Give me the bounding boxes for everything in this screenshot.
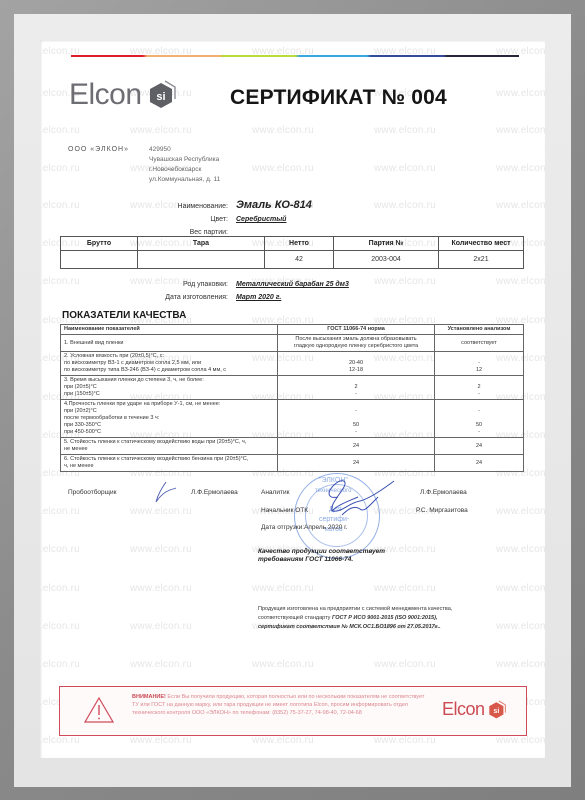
watermark-text: www.elcon.ru: [252, 735, 314, 746]
analyst-signature-icon: [298, 475, 398, 535]
table-row: 6. Стойкость пленки к статическому возде…: [61, 455, 524, 472]
product-name-row: Наименование: Эмаль КО-814: [170, 199, 312, 211]
watermark-text: www.elcon.ru: [40, 735, 80, 746]
packaging-type-value: Металлический барабан 25 дм3: [236, 281, 349, 288]
net-value: 42: [265, 251, 334, 269]
cell-result: 2-: [435, 376, 524, 400]
product-color-row: Цвет: Серебристый: [170, 216, 286, 223]
manufacture-date-row: Дата изготовления: Март 2020 г.: [160, 294, 281, 301]
address-line: 429950: [149, 145, 220, 155]
table-row: 4.Прочность пленки при ударе на приборе …: [61, 400, 524, 438]
watermark-text: www.elcon.ru: [40, 659, 80, 670]
watermark-text: www.elcon.ru: [496, 163, 545, 174]
product-name-value: Эмаль КО-814: [236, 199, 312, 211]
watermark-text: www.elcon.ru: [252, 583, 314, 594]
package-table-header: Брутто Тара Нетто Партия № Количество ме…: [61, 237, 524, 251]
elcon-logo: Elcon si: [69, 78, 176, 112]
watermark-text: www.elcon.ru: [40, 276, 80, 287]
watermark-text: www.elcon.ru: [496, 659, 545, 670]
certificate-title: СЕРТИФИКАТ № 004: [230, 86, 447, 110]
sampler-name: Л.Ф.Ермолаева: [191, 489, 238, 496]
watermark-text: www.elcon.ru: [40, 621, 80, 632]
watermark-text: www.elcon.ru: [40, 583, 80, 594]
watermark-text: www.elcon.ru: [496, 583, 545, 594]
cell-result: -12: [435, 352, 524, 376]
logo-text: Elcon: [69, 78, 142, 112]
gross-value: [61, 251, 138, 269]
warning-triangle-icon: [84, 697, 114, 723]
address-line: Чувашская Республика: [149, 155, 220, 165]
certificate-page: www.elcon.ruwww.elcon.ruwww.elcon.ruwww.…: [40, 40, 545, 758]
address-line: г.Новочебоксарск: [149, 165, 220, 175]
col-places: Количество мест: [439, 237, 524, 251]
watermark-text: www.elcon.ru: [496, 506, 545, 517]
manufacture-date-value: Март 2020 г.: [236, 294, 281, 301]
table-row: 3. Время высыхания пленки до степени 3, …: [61, 376, 524, 400]
col-batch: Партия №: [334, 237, 439, 251]
watermark-text: www.elcon.ru: [130, 125, 192, 136]
cell-result: - 50-: [435, 400, 524, 438]
cell-name: 3. Время высыхания пленки до степени 3, …: [61, 376, 278, 400]
watermark-text: www.elcon.ru: [374, 735, 436, 746]
product-name-label: Наименование:: [170, 203, 228, 210]
col-gross: Брутто: [61, 237, 138, 251]
col-net: Нетто: [265, 237, 334, 251]
watermark-text: www.elcon.ru: [496, 276, 545, 287]
manufacture-date-label: Дата изготовления:: [160, 294, 228, 301]
tare-value: [138, 251, 265, 269]
table-row: 2. Условная вязкость при (20±0,5)°С, с:п…: [61, 352, 524, 376]
cell-result: 24: [435, 455, 524, 472]
cell-norm: После высыхания эмаль должна образовыват…: [278, 335, 435, 352]
watermark-text: www.elcon.ru: [40, 544, 80, 555]
watermark-text: www.elcon.ru: [374, 276, 436, 287]
watermark-text: www.elcon.ru: [40, 163, 80, 174]
watermark-text: www.elcon.ru: [496, 125, 545, 136]
col-tare: Тара: [138, 237, 265, 251]
cell-norm: 2-: [278, 376, 435, 400]
watermark-text: www.elcon.ru: [130, 544, 192, 555]
cell-name: 6. Стойкость пленки к статическому возде…: [61, 455, 278, 472]
batch-value: 2003-004: [334, 251, 439, 269]
quality-section-title: ПОКАЗАТЕЛИ КАЧЕСТВА: [62, 310, 186, 321]
watermark-text: www.elcon.ru: [496, 735, 545, 746]
cell-norm: 24: [278, 438, 435, 455]
watermark-text: www.elcon.ru: [374, 200, 436, 211]
watermark-text: www.elcon.ru: [130, 735, 192, 746]
watermark-text: www.elcon.ru: [130, 506, 192, 517]
watermark-text: www.elcon.ru: [496, 621, 545, 632]
product-color-label: Цвет:: [170, 216, 228, 223]
svg-text:si: si: [156, 91, 165, 103]
watermark-text: www.elcon.ru: [374, 125, 436, 136]
conformity-statement: Качество продукции соответствует требова…: [258, 548, 385, 564]
table-row: 5. Стойкость пленки к статическому возде…: [61, 438, 524, 455]
analyst-label: Аналитик: [261, 489, 289, 496]
cell-name: 4.Прочность пленки при ударе на приборе …: [61, 400, 278, 438]
watermark-text: www.elcon.ru: [496, 88, 545, 99]
watermark-text: www.elcon.ru: [252, 163, 314, 174]
watermark-text: www.elcon.ru: [40, 200, 80, 211]
product-color-value: Серебристый: [236, 216, 286, 223]
cell-norm: 24: [278, 455, 435, 472]
hexagon-si-icon: si: [488, 700, 506, 720]
packaging-type-row: Род упаковки: Металлический барабан 25 д…: [160, 281, 349, 288]
address-line: ул.Коммунальная, д. 11: [149, 175, 220, 185]
svg-text:si: si: [493, 708, 499, 715]
watermark-text: www.elcon.ru: [252, 659, 314, 670]
watermark-text: www.elcon.ru: [496, 544, 545, 555]
watermark-text: www.elcon.ru: [496, 200, 545, 211]
analyst-name: Л.Ф.Ермолаева: [420, 489, 467, 496]
cell-norm: 20-4012-18: [278, 352, 435, 376]
quality-table: Наименование показателей ГОСТ 11066-74 н…: [60, 324, 524, 472]
packaging-type-label: Род упаковки:: [160, 281, 228, 288]
watermark-text: www.elcon.ru: [252, 125, 314, 136]
qms-statement: Продукция изготовлена на предприятии с с…: [258, 605, 452, 632]
watermark-text: www.elcon.ru: [130, 659, 192, 670]
sampler-signature-icon: [152, 480, 178, 504]
quality-table-header: Наименование показателей ГОСТ 11066-74 н…: [61, 325, 524, 335]
batch-weight-label: Вес партии:: [170, 229, 228, 236]
watermark-text: www.elcon.ru: [40, 506, 80, 517]
table-row: 1. Внешний вид пленкиПосле высыхания эма…: [61, 335, 524, 352]
cell-result: соответствует: [435, 335, 524, 352]
places-value: 2x21: [439, 251, 524, 269]
watermark-text: www.elcon.ru: [374, 583, 436, 594]
hexagon-si-icon: si: [148, 80, 176, 110]
package-table: Брутто Тара Нетто Партия № Количество ме…: [60, 236, 524, 269]
warning-box: ВНИМАНИЕ! Если Вы получили продукцию, ко…: [59, 686, 527, 736]
sampler-label: Пробоотборщик: [68, 489, 116, 496]
col-indicator: Наименование показателей: [61, 325, 278, 335]
watermark-text: www.elcon.ru: [130, 583, 192, 594]
cell-result: 24: [435, 438, 524, 455]
rainbow-strip: [71, 55, 519, 57]
watermark-text: www.elcon.ru: [374, 163, 436, 174]
batch-weight-row: Вес партии:: [170, 229, 228, 236]
col-norm: ГОСТ 11066-74 норма: [278, 325, 435, 335]
company-address: 429950 Чувашская Республика г.Новочебокс…: [149, 145, 220, 185]
warning-text: ВНИМАНИЕ! Если Вы получили продукцию, ко…: [132, 693, 432, 717]
cell-name: 1. Внешний вид пленки: [61, 335, 278, 352]
watermark-text: www.elcon.ru: [130, 621, 192, 632]
cell-name: 2. Условная вязкость при (20±0,5)°С, с:п…: [61, 352, 278, 376]
cell-norm: - 50-: [278, 400, 435, 438]
col-result: Установлено анализом: [435, 325, 524, 335]
watermark-text: www.elcon.ru: [40, 125, 80, 136]
watermark-text: www.elcon.ru: [374, 659, 436, 670]
warning-elcon-logo: Elcon si: [442, 699, 506, 720]
company-name: ООО «ЭЛКОН»: [68, 146, 129, 153]
cell-name: 5. Стойкость пленки к статическому возде…: [61, 438, 278, 455]
otk-name: Р.С. Миргазитова: [416, 507, 468, 514]
table-row: 42 2003-004 2x21: [61, 251, 524, 269]
